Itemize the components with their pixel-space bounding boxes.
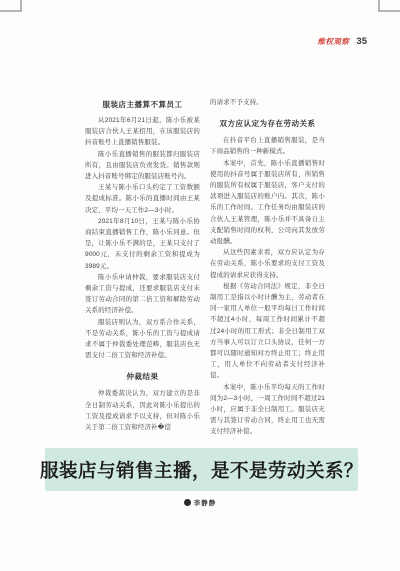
paragraph: 仲裁委裁决认为，双方建立的是非全日制劳动关系，因此对陈小乐提出的工资及提成请求予… (85, 388, 200, 433)
magazine-page: 维权观察 35 服装店主播算不算员工 从2021年6月21日起，陈小乐被某服装店… (0, 0, 400, 571)
paragraph: 在抖音平台上直播销售服装，是当下商品销售的一种新模式。 (210, 135, 325, 157)
article-body: 服装店主播算不算员工 从2021年6月21日起，陈小乐被某服装店合伙人王某招用，… (85, 97, 325, 438)
crop-mark-top-left (0, 0, 22, 12)
article-title-banner: 服装店与销售主播，是不是劳动关系？ (45, 448, 358, 491)
paragraph: 王某与陈小乐口头约定了工资数额及提成标准。陈小乐的直播时间由王某决定，平均一天工… (85, 182, 200, 216)
paragraph: 服装店则认为，双方系合作关系，不是劳动关系，陈小乐的工资与提成请求不属于仲裁委处… (85, 317, 200, 362)
author-name: 李静静 (194, 498, 217, 507)
article-left-column: 服装店主播算不算员工 从2021年6月21日起，陈小乐被某服装店合伙人王某招用，… (85, 97, 200, 438)
paragraph: 陈小乐申请仲裁，要求服装店支付剩余工资与提成，还要求服装店支付未签订劳动合同的第… (85, 272, 200, 317)
section-heading: 仲裁结果 (85, 371, 200, 382)
crop-mark-top-right (378, 0, 400, 12)
page-number: 35 (356, 36, 367, 47)
paragraph: 陈小乐直播销售的服装都归服装店所有，且由服装店负责发货。销售款则进入抖音账号绑定… (85, 149, 200, 183)
paragraph: 根据《劳动合同法》规定，非全日制用工是指以小时计酬为主，劳动者在同一家用人单位一… (210, 281, 325, 382)
page-footer: 李静静 (0, 498, 400, 507)
paragraph: 从这些因素来看，双方应认定为存在劳动关系，陈小乐要求的支付工资及提成的请求应获得… (210, 247, 325, 281)
magazine-logo: 维权观察 (317, 36, 349, 47)
paragraph: 2021年8月10日，王某与陈小乐协商结束直播销售工作，陈小乐同意。但是，让陈小… (85, 216, 200, 272)
paragraph-continuation: 的请求不予支持。 (210, 97, 325, 108)
paragraph: 从2021年6月21日起，陈小乐被某服装店合伙人王某招用，在该服装店的抖音账号上… (85, 115, 200, 149)
section-heading: 双方应认定为存在劳动关系 (210, 118, 325, 129)
page-header: 维权观察 35 (317, 36, 367, 47)
paragraph: 本案中，陈小乐平均每天的工作时间为2—3小时，一周工作时间不超过21小时，应属于… (210, 382, 325, 438)
author-bullet-icon (184, 499, 191, 506)
section-heading: 服装店主播算不算员工 (85, 99, 200, 110)
article-title: 服装店与销售主播，是不是劳动关系？ (40, 457, 363, 483)
paragraph: 本案中，首先，陈小乐直播销售时使用的抖音号属于服装店所有，所销售的服装所有权属于… (210, 158, 325, 248)
article-right-column: 的请求不予支持。 双方应认定为存在劳动关系 在抖音平台上直播销售服装，是当下商品… (210, 97, 325, 438)
